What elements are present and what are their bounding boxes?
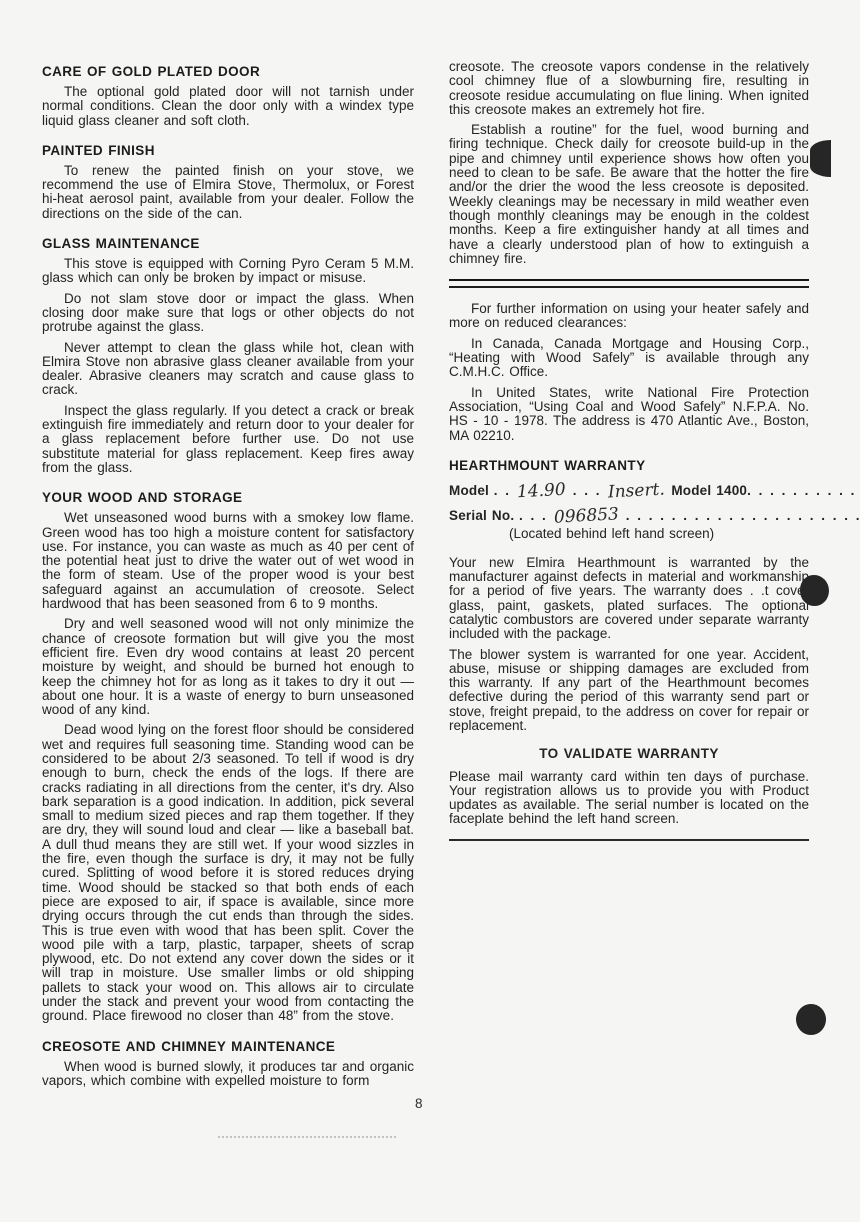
scan-dash-artifact: [218, 1136, 396, 1138]
dotted-leader: . .: [494, 483, 511, 498]
paragraph: Inspect the glass regularly. If you dete…: [42, 404, 414, 475]
handwritten-model-number: 14.90: [517, 483, 566, 500]
right-column: creosote. The creosote vapors condense i…: [449, 60, 809, 841]
paragraph: Please mail warranty card within ten day…: [449, 770, 809, 827]
ink-blob-scan-artifact: [800, 575, 829, 606]
dotted-leader: . . . . . . . . . . . . . . . . . . . . …: [626, 508, 860, 523]
paragraph: To renew the painted finish on your stov…: [42, 164, 414, 221]
section-heading-care-of-gold-plated-door: CARE OF GOLD PLATED DOOR: [42, 64, 414, 79]
section-heading-to-validate-warranty: TO VALIDATE WARRANTY: [449, 747, 809, 761]
model-1400-label: Model 1400: [671, 483, 747, 498]
dotted-leader: . . .: [573, 483, 601, 498]
double-horizontal-rule: [449, 279, 809, 288]
manual-page: CARE OF GOLD PLATED DOOR The optional go…: [0, 0, 860, 1222]
warranty-section: HEARTHMOUNT WARRANTY Model . . 14.90 . .…: [449, 458, 809, 841]
section-heading-creosote-and-chimney-maintenance: CREOSOTE AND CHIMNEY MAINTENANCE: [42, 1039, 414, 1054]
section-heading-glass-maintenance: GLASS MAINTENANCE: [42, 236, 414, 251]
paragraph: For further information on using your he…: [449, 302, 809, 331]
dotted-leader: . . .: [519, 508, 547, 523]
dotted-leader: . . . . . . . . . . . . . .: [747, 483, 860, 498]
model-label: Model: [449, 483, 489, 498]
paragraph: creosote. The creosote vapors condense i…: [449, 60, 809, 117]
paragraph: Establish a routine” for the fuel, wood …: [449, 123, 809, 266]
left-column: CARE OF GOLD PLATED DOOR The optional go…: [42, 64, 414, 1094]
paragraph: The optional gold plated door will not t…: [42, 85, 414, 128]
section-heading-your-wood-and-storage: YOUR WOOD AND STORAGE: [42, 490, 414, 505]
page-number: 8: [415, 1096, 423, 1111]
paragraph: When wood is burned slowly, it produces …: [42, 1060, 414, 1089]
ink-blob-scan-artifact: [796, 1004, 826, 1035]
ink-blob-scan-artifact: [810, 140, 831, 177]
paragraph: In Canada, Canada Mortgage and Housing C…: [449, 337, 809, 380]
warranty-model-line: Model . . 14.90 . . . Insert. Model 1400…: [449, 483, 809, 498]
single-horizontal-rule: [449, 839, 809, 841]
handwritten-serial-number: 096853: [554, 507, 620, 525]
paragraph: In United States, write National Fire Pr…: [449, 386, 809, 443]
section-heading-hearthmount-warranty: HEARTHMOUNT WARRANTY: [449, 458, 809, 473]
paragraph: Dry and well seasoned wood will not only…: [42, 617, 414, 717]
section-heading-painted-finish: PAINTED FINISH: [42, 143, 414, 158]
paragraph: Dead wood lying on the forest floor shou…: [42, 723, 414, 1023]
paragraph: The blower system is warranted for one y…: [449, 648, 809, 734]
handwritten-model-word: Insert.: [607, 482, 664, 499]
paragraph: This stove is equipped with Corning Pyro…: [42, 257, 414, 286]
warranty-serial-line: Serial No. . . . 096853 . . . . . . . . …: [449, 508, 809, 523]
paragraph: Do not slam stove door or impact the gla…: [42, 292, 414, 335]
serial-label: Serial No.: [449, 508, 514, 523]
paragraph: Your new Elmira Hearthmount is warranted…: [449, 556, 809, 642]
paragraph: Never attempt to clean the glass while h…: [42, 341, 414, 398]
paragraph: Wet unseasoned wood burns with a smokey …: [42, 511, 414, 611]
serial-location-note: (Located behind left hand screen): [509, 527, 809, 541]
